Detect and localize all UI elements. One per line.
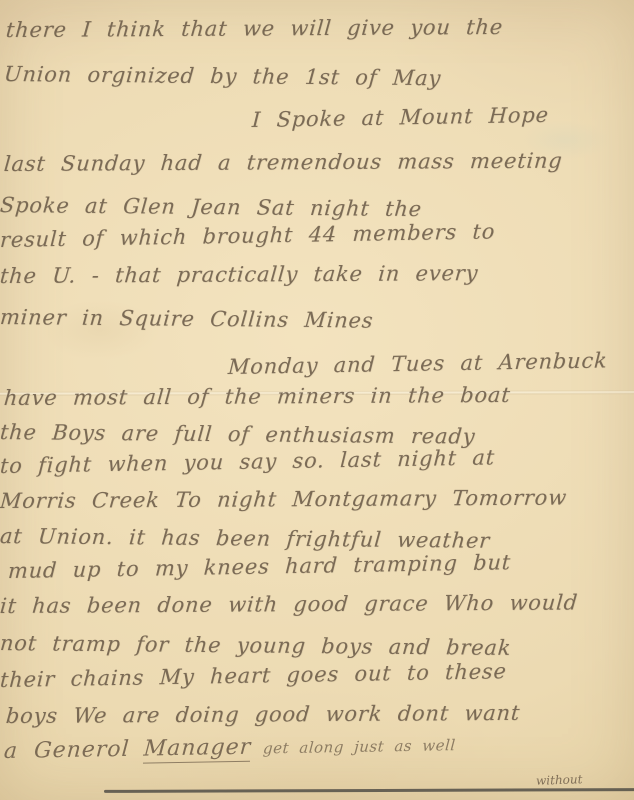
letter-closing-line: a GenerolManagerget along just as well xyxy=(3,731,457,764)
letter-line: the Boys are full of enthusiasm ready xyxy=(0,420,476,449)
scan-edge-line xyxy=(104,788,634,793)
letter-line: Union orginized by the 1st of May xyxy=(3,62,442,90)
letter-line: Monday and Tues at Arenbuck xyxy=(227,348,608,379)
letter-line: result of which brought 44 members to xyxy=(0,219,496,252)
letter-page: there I think that we will give you the … xyxy=(0,0,634,800)
underlined-word: Manager xyxy=(143,735,252,764)
letter-line: the U. - that practically take in every xyxy=(0,261,479,288)
letter-line: last Sunday had a tremendous mass meetin… xyxy=(3,149,564,176)
letter-line: their chains My heart goes out to these xyxy=(0,659,507,692)
letter-line: Spoke at Glen Jean Sat night the xyxy=(0,193,423,221)
letter-line: at Union. it has been frightful weather xyxy=(0,524,491,553)
letter-line: miner in Squire Collins Mines xyxy=(0,305,374,333)
interlinear-word: without xyxy=(536,772,583,788)
letter-line: there I think that we will give you the xyxy=(5,15,504,42)
letter-line: mud up to my knees hard tramping but xyxy=(7,550,511,583)
letter-line: it has been done with good grace Who wou… xyxy=(0,590,579,618)
closing-prefix: a Generol xyxy=(3,737,130,764)
letter-line: Morris Creek To night Montgamary Tomorro… xyxy=(0,486,568,513)
letter-line: have most all of the miners in the boat xyxy=(3,383,511,410)
letter-line: to fight when you say so. last night at xyxy=(0,445,496,478)
closing-suffix: get along just as well xyxy=(262,736,456,757)
letter-line: boys We are doing good work dont want xyxy=(5,701,521,728)
letter-line: I Spoke at Mount Hope xyxy=(251,103,549,132)
letter-line: not tramp for the young boys and break xyxy=(0,631,512,660)
